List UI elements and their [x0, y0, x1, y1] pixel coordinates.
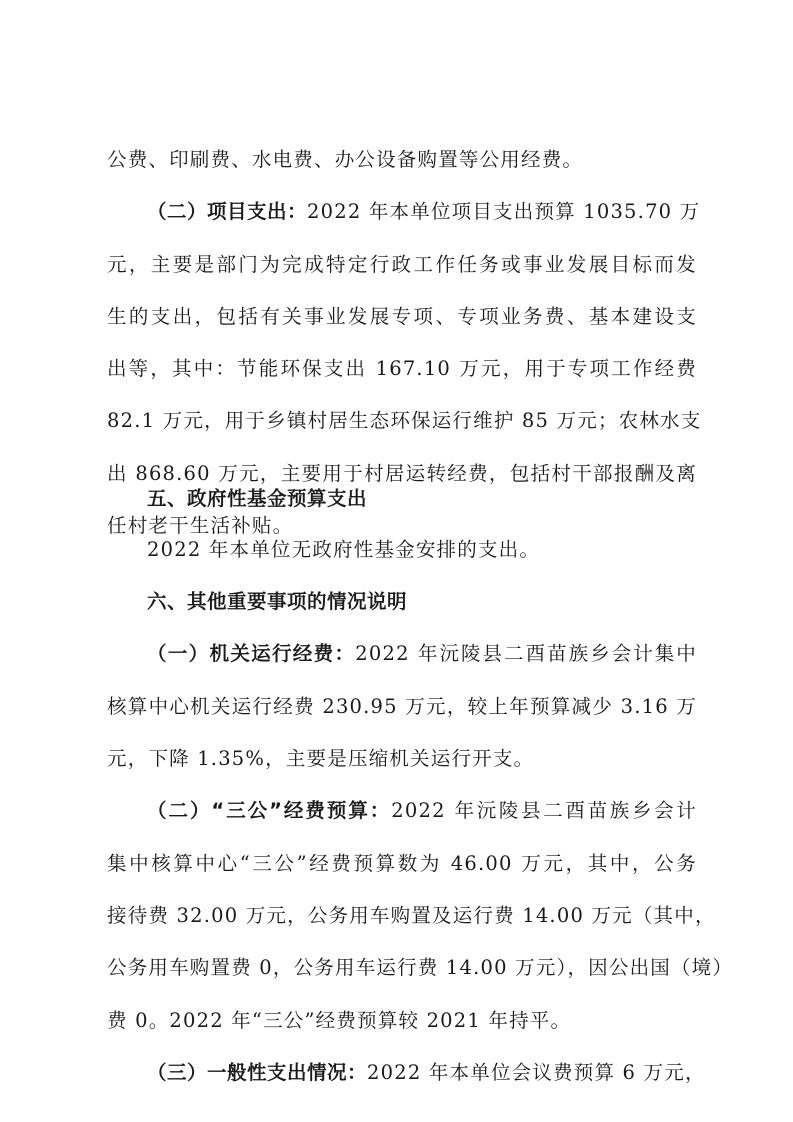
- line-text: 任村老干生活补贴。: [107, 514, 293, 537]
- line-text: 2022 年沅陵县二酉苗族乡会计: [391, 799, 697, 822]
- line-text: 集中核算中心“三公”经费预算数为 46.00 万元，其中，公务: [107, 852, 697, 875]
- line-text: 2022 年本单位无政府性基金安排的支出。: [147, 538, 540, 561]
- line-text: 出 868.60 万元，主要用于村居运转经费，包括村干部报酬及离: [107, 462, 697, 485]
- paragraph-line: 元，下降 1.35%，主要是压缩机关运行开支。: [107, 746, 697, 772]
- line-text: 82.1 万元，用于乡镇村居生态环保运行维护 85 万元；农林水支: [107, 409, 701, 432]
- subsection-title-three-public-expenses: （二）“三公”经费预算：: [147, 799, 391, 822]
- line-text: 元，主要是部门为完成特定行政工作任务或事业发展目标而发: [107, 253, 697, 276]
- line-text: 接待费 32.00 万元，公务用车购置及运行费 14.00 万元（其中，: [107, 904, 716, 927]
- line-text: 出等，其中：节能环保支出 167.10 万元，用于专项工作经费: [107, 357, 697, 380]
- paragraph-line: （一）机关运行经费：2022 年沅陵县二酉苗族乡会计集中: [147, 641, 697, 667]
- paragraph-line: 出等，其中：节能环保支出 167.10 万元，用于专项工作经费: [107, 356, 697, 382]
- paragraph-line: 元，主要是部门为完成特定行政工作任务或事业发展目标而发: [107, 252, 697, 278]
- line-text: 2022 年沅陵县二酉苗族乡会计集中: [355, 642, 697, 665]
- line-text: 公务用车购置费 0，公务用车运行费 14.00 万元），因公出国（境）: [107, 956, 733, 979]
- paragraph-line: 接待费 32.00 万元，公务用车购置及运行费 14.00 万元（其中，: [107, 903, 697, 929]
- line-text: 2022 年本单位会议费预算 6 万元，: [367, 1061, 706, 1084]
- paragraph-line: 出 868.60 万元，主要用于村居运转经费，包括村干部报酬及离: [107, 461, 697, 487]
- document-page: 公费、印刷费、水电费、办公设备购置等公用经费。 （二）项目支出：2022 年本单…: [0, 0, 793, 1122]
- heading-text: 五、政府性基金预算支出: [147, 487, 367, 510]
- paragraph-line: （三）一般性支出情况：2022 年本单位会议费预算 6 万元，: [147, 1060, 697, 1086]
- subsection-title-operating-expense: （一）机关运行经费：: [147, 642, 355, 665]
- section-heading-government-fund: 五、政府性基金预算支出: [147, 486, 697, 512]
- line-text: 核算中心机关运行经费 230.95 万元，较上年预算减少 3.16 万: [107, 695, 697, 718]
- paragraph-line: （二）项目支出：2022 年本单位项目支出预算 1035.70 万: [147, 199, 697, 225]
- paragraph-line: 2022 年本单位无政府性基金安排的支出。: [147, 537, 697, 563]
- subsection-title-project-expense: （二）项目支出：: [147, 200, 307, 223]
- line-text: 费 0。2022 年“三公”经费预算较 2021 年持平。: [107, 1009, 571, 1032]
- section-heading-other-matters: 六、其他重要事项的情况说明: [147, 589, 697, 615]
- paragraph-line: 82.1 万元，用于乡镇村居生态环保运行维护 85 万元；农林水支: [107, 408, 697, 434]
- paragraph-line: 公费、印刷费、水电费、办公设备购置等公用经费。: [107, 147, 697, 173]
- paragraph-line: 核算中心机关运行经费 230.95 万元，较上年预算减少 3.16 万: [107, 694, 697, 720]
- paragraph-line: 公务用车购置费 0，公务用车运行费 14.00 万元），因公出国（境）: [107, 955, 697, 981]
- heading-text: 六、其他重要事项的情况说明: [147, 590, 407, 613]
- paragraph-line: 任村老干生活补贴。: [107, 513, 697, 539]
- line-text: 生的支出，包括有关事业发展专项、专项业务费、基本建设支: [107, 305, 697, 328]
- paragraph-line: （二）“三公”经费预算：2022 年沅陵县二酉苗族乡会计: [147, 798, 697, 824]
- paragraph-line: 费 0。2022 年“三公”经费预算较 2021 年持平。: [107, 1008, 697, 1034]
- line-text: 2022 年本单位项目支出预算 1035.70 万: [307, 200, 700, 223]
- paragraph-line: 集中核算中心“三公”经费预算数为 46.00 万元，其中，公务: [107, 851, 697, 877]
- subsection-title-general-expense: （三）一般性支出情况：: [147, 1061, 367, 1084]
- line-text: 元，下降 1.35%，主要是压缩机关运行开支。: [107, 747, 534, 770]
- paragraph-line: 生的支出，包括有关事业发展专项、专项业务费、基本建设支: [107, 304, 697, 330]
- line-text: 公费、印刷费、水电费、办公设备购置等公用经费。: [107, 148, 583, 171]
